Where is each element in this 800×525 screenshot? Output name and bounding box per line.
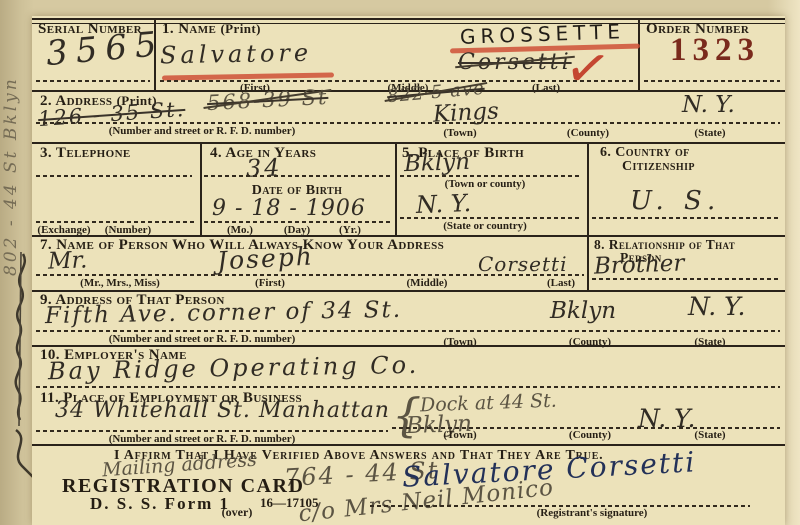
citizenship-dotted bbox=[592, 217, 780, 219]
birth-dotted-1 bbox=[400, 175, 582, 177]
order-number-value: 1323 bbox=[670, 34, 760, 67]
address-sub-street: (Number and street or R. F. D. number) bbox=[109, 126, 296, 137]
address-sub-county: (County) bbox=[567, 128, 609, 139]
birth-sub-state: (State or country) bbox=[443, 221, 527, 232]
rule-name-order bbox=[638, 20, 640, 90]
form-number: D. S. S. Form 1 bbox=[90, 495, 230, 512]
name-crossed-last: Corsetti bbox=[458, 52, 572, 74]
signature-sub-label: (Registrant's signature) bbox=[537, 508, 648, 519]
over-label: (over) bbox=[222, 506, 253, 518]
name-first-value: Salvatore bbox=[160, 41, 312, 68]
name-label: 1. Name (Print) bbox=[162, 22, 261, 37]
contact-sub-title: (Mr., Mrs., Miss) bbox=[80, 278, 160, 289]
age-dotted-2 bbox=[204, 221, 391, 223]
scanned-registration-card: 802 - 44 St Bklyn Serial Number 3565 1. … bbox=[0, 0, 800, 525]
employment-sub-state: (State) bbox=[694, 430, 725, 441]
age-dotted-1 bbox=[204, 175, 391, 177]
dob-value: 9 - 18 - 1906 bbox=[212, 198, 366, 220]
birth-dotted-2 bbox=[400, 217, 582, 219]
birth-town-value: Bklyn bbox=[404, 151, 471, 176]
address-sub-town: (Town) bbox=[443, 128, 476, 139]
contact-address-dotted bbox=[36, 330, 780, 332]
rule-row2-bottom bbox=[32, 142, 785, 144]
employment-street-value: 34 Whitehall St. Manhattan bbox=[55, 400, 390, 422]
employment-sub-county: (County) bbox=[569, 430, 611, 441]
rule-tel-age bbox=[200, 142, 202, 235]
contact-address-state-value: N. Y. bbox=[688, 294, 745, 319]
card-title: REGISTRATION CARD bbox=[62, 476, 304, 496]
rule-contact-relationship bbox=[587, 235, 589, 290]
relationship-label-1: 8. Relationship of That bbox=[594, 238, 735, 252]
order-dotted-line bbox=[644, 80, 780, 82]
contact-dotted bbox=[36, 274, 584, 276]
contact-address-county-value: Bklyn bbox=[550, 300, 616, 323]
dss-form-1-card: Serial Number 3565 1. Name (Print) Salva… bbox=[32, 16, 785, 525]
contact-last-value: Corsetti bbox=[478, 254, 567, 274]
margin-note: 802 - 44 St Bklyn bbox=[1, 26, 21, 276]
address-state-value: N. Y. bbox=[682, 94, 735, 117]
address-crossed-2: 568-39 St bbox=[207, 87, 329, 114]
name-sub-last: (Last) bbox=[532, 83, 560, 94]
contact-title-value: Mr. bbox=[48, 249, 88, 273]
serial-number-value: 3565 bbox=[45, 27, 166, 71]
citizenship-label-2: Citizenship bbox=[622, 160, 695, 174]
relationship-value: Brother bbox=[594, 252, 685, 278]
contact-sub-middle: (Middle) bbox=[407, 278, 448, 289]
relationship-dotted bbox=[592, 278, 780, 280]
employer-value: Bay Ridge Operating Co. bbox=[48, 353, 420, 383]
birth-state-value: N. Y. bbox=[416, 191, 472, 217]
contact-first-value: Joseph bbox=[216, 243, 314, 273]
citizenship-label-1: 6. Country of bbox=[600, 146, 690, 160]
contact-sub-last: (Last) bbox=[547, 278, 575, 289]
telephone-dotted-1 bbox=[36, 175, 192, 177]
telephone-label: 3. Telephone bbox=[40, 146, 131, 161]
contact-address-sub-street: (Number and street or R. F. D. number) bbox=[109, 334, 296, 345]
rule-age-birth bbox=[395, 142, 397, 235]
address-dotted-line bbox=[36, 122, 780, 124]
employment-sub-town: (Town) bbox=[443, 430, 476, 441]
telephone-dotted-2 bbox=[36, 221, 194, 223]
contact-sub-first: (First) bbox=[255, 278, 285, 289]
address-sub-state: (State) bbox=[694, 128, 725, 139]
employment-dotted-left bbox=[36, 430, 388, 432]
birth-sub-town: (Town or county) bbox=[445, 179, 526, 190]
contact-address-street-value: Fifth Ave. corner of 34 St. bbox=[45, 299, 402, 328]
citizenship-value: U. S. bbox=[630, 188, 721, 214]
rule-top-outer bbox=[32, 18, 785, 20]
rule-birth-citizen bbox=[587, 142, 589, 235]
serial-dotted-line bbox=[36, 80, 150, 82]
